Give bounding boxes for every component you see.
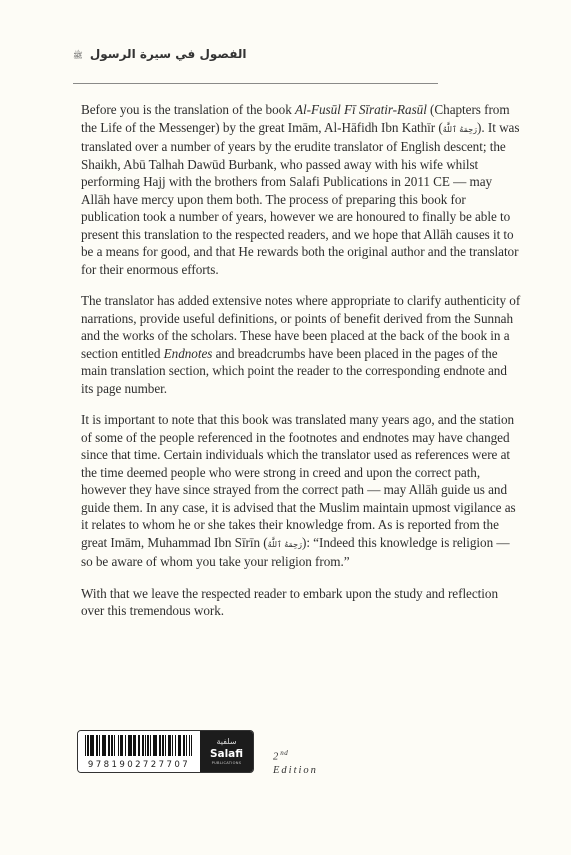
body-text: Before you is the translation of the boo… bbox=[81, 101, 521, 634]
italic-title: Al-Fusūl Fī Sīratir-Rasūl bbox=[295, 102, 427, 117]
paragraph: It is important to note that this book w… bbox=[81, 411, 521, 571]
header-divider bbox=[73, 83, 438, 84]
text-run: ). It was translated over a number of ye… bbox=[81, 120, 519, 277]
paragraph: With that we leave the respected reader … bbox=[81, 585, 521, 620]
barcode-icon bbox=[85, 735, 193, 756]
publisher-name: Salafi bbox=[210, 749, 243, 760]
arabic-book-title: الفصول في سيرة الرسول ﷺ bbox=[73, 47, 246, 62]
text-run: Before you is the translation of the boo… bbox=[81, 102, 295, 117]
isbn-number: 9781902727707 bbox=[78, 760, 200, 770]
publisher-subtitle: PUBLICATIONS bbox=[212, 760, 242, 766]
barcode-block: 9781902727707 bbox=[78, 731, 200, 772]
honorific-glyph-icon: ﷺ bbox=[73, 51, 83, 60]
publisher-logo: سلفية Salafi PUBLICATIONS bbox=[200, 731, 253, 772]
arabic-honorific: رَحِمَهُ ٱللَّٰهُ bbox=[268, 540, 302, 549]
paragraph: The translator has added extensive notes… bbox=[81, 292, 521, 397]
arabic-honorific: رَحِمَهُ ٱللَّٰهُ bbox=[443, 125, 477, 134]
edition-suffix: nd bbox=[280, 749, 288, 757]
arabic-title-text: الفصول في سيرة الرسول bbox=[90, 47, 247, 61]
edition-label: 2nd Edition bbox=[273, 747, 318, 777]
running-header: الفصول في سيرة الرسول ﷺ bbox=[73, 40, 440, 68]
text-run: With that we leave the respected reader … bbox=[81, 586, 498, 619]
edition-word: Edition bbox=[273, 764, 318, 777]
isbn-publisher-badge: 9781902727707 سلفية Salafi PUBLICATIONS bbox=[77, 730, 254, 773]
paragraph: Before you is the translation of the boo… bbox=[81, 101, 521, 278]
text-run: It is important to note that this book w… bbox=[81, 412, 516, 550]
italic-title: Endnotes bbox=[164, 346, 213, 361]
